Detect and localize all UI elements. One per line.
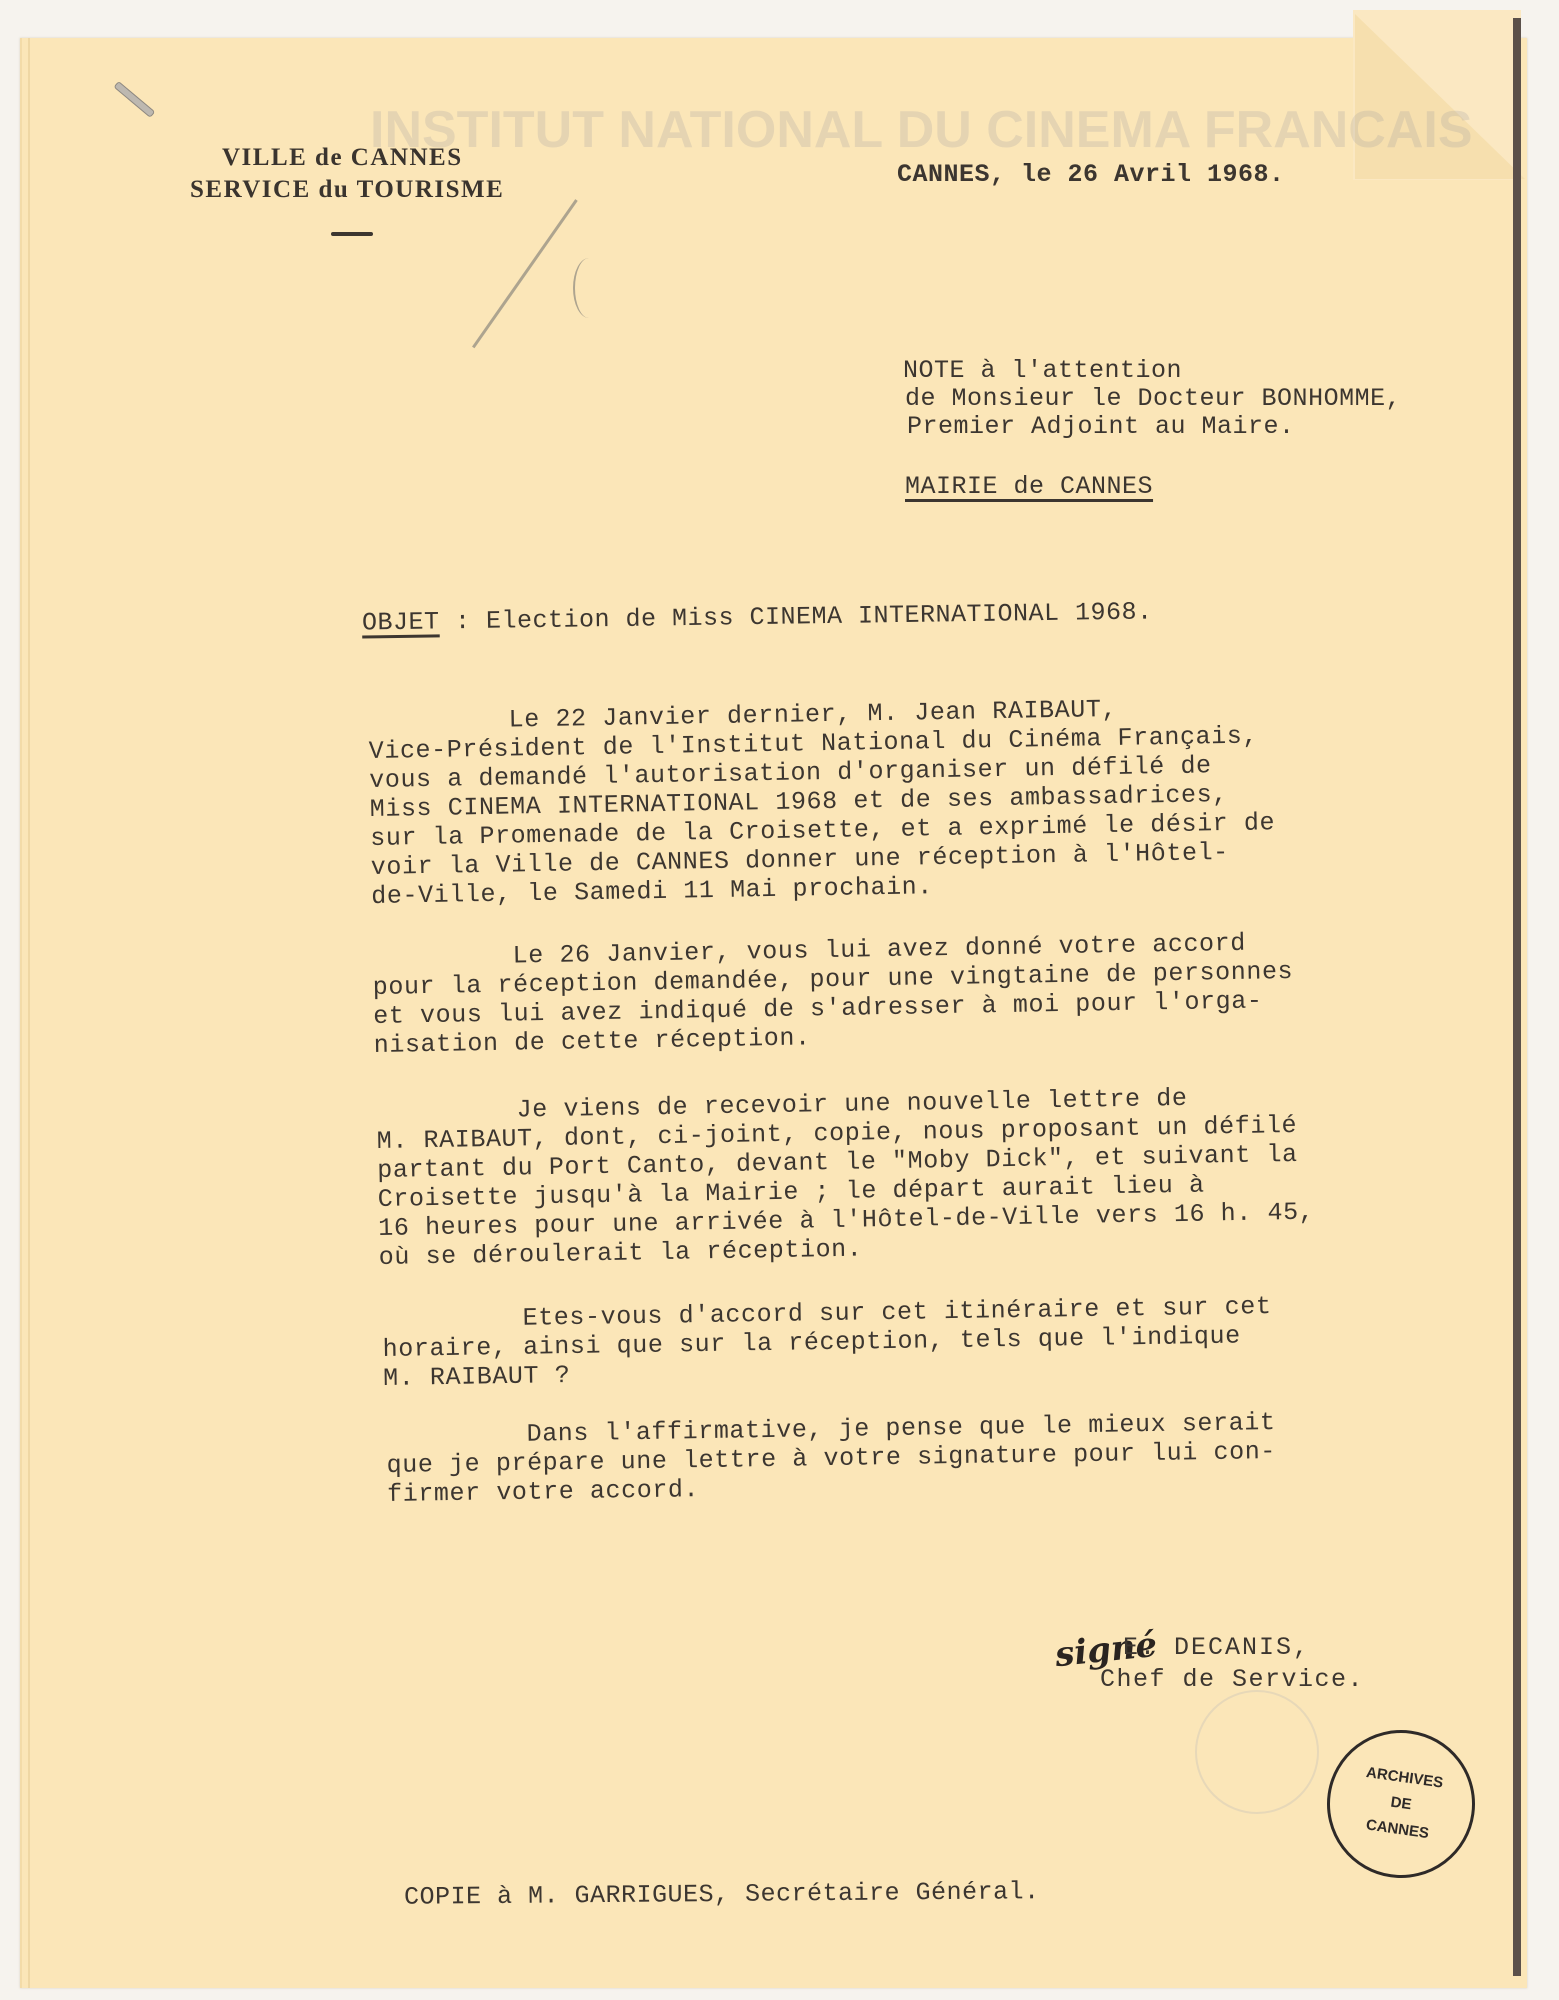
recipient-line-3: Premier Adjoint au Maire.: [907, 412, 1295, 441]
page-edge-shadow: [1513, 18, 1521, 1976]
paragraph-1: Le 22 Janvier dernier, M. Jean RAIBAUT, …: [368, 692, 1276, 911]
stamp-line-2: DE: [1389, 1790, 1413, 1819]
stamp-line-3: CANNES: [1364, 1812, 1430, 1847]
show-through-letterhead: INSTITUT NATIONAL DU CINEMA FRANCAIS: [370, 100, 1473, 160]
pencil-initial: [573, 258, 605, 318]
recipient-office: MAIRIE de CANNES: [905, 472, 1153, 501]
signatory-title: Chef de Service.: [1100, 1665, 1364, 1694]
paragraph-5: Dans l'affirmative, je pense que le mieu…: [386, 1408, 1277, 1509]
date-line: CANNES, le 26 Avril 1968.: [897, 160, 1285, 189]
faded-stamp: [1195, 1690, 1319, 1814]
recipient-line-2: de Monsieur le Docteur BONHOMME,: [905, 384, 1401, 413]
subject-label: OBJET: [362, 607, 440, 637]
org-line-1: VILLE de CANNES: [222, 144, 463, 172]
signatory-name: E. DECANIS,: [1123, 1633, 1310, 1662]
copy-note: COPIE à M. GARRIGUES, Secrétaire Général…: [404, 1877, 1040, 1912]
header-divider: [331, 232, 373, 236]
paragraph-2: Le 26 Janvier, vous lui avez donné votre…: [372, 928, 1294, 1060]
org-line-2: SERVICE du TOURISME: [190, 176, 504, 204]
recipient-line-1: NOTE à l'attention: [903, 356, 1182, 385]
paragraph-4: Etes-vous d'accord sur cet itinéraire et…: [382, 1292, 1273, 1393]
paragraph-3: Je viens de recevoir une nouvelle lettre…: [376, 1082, 1315, 1272]
